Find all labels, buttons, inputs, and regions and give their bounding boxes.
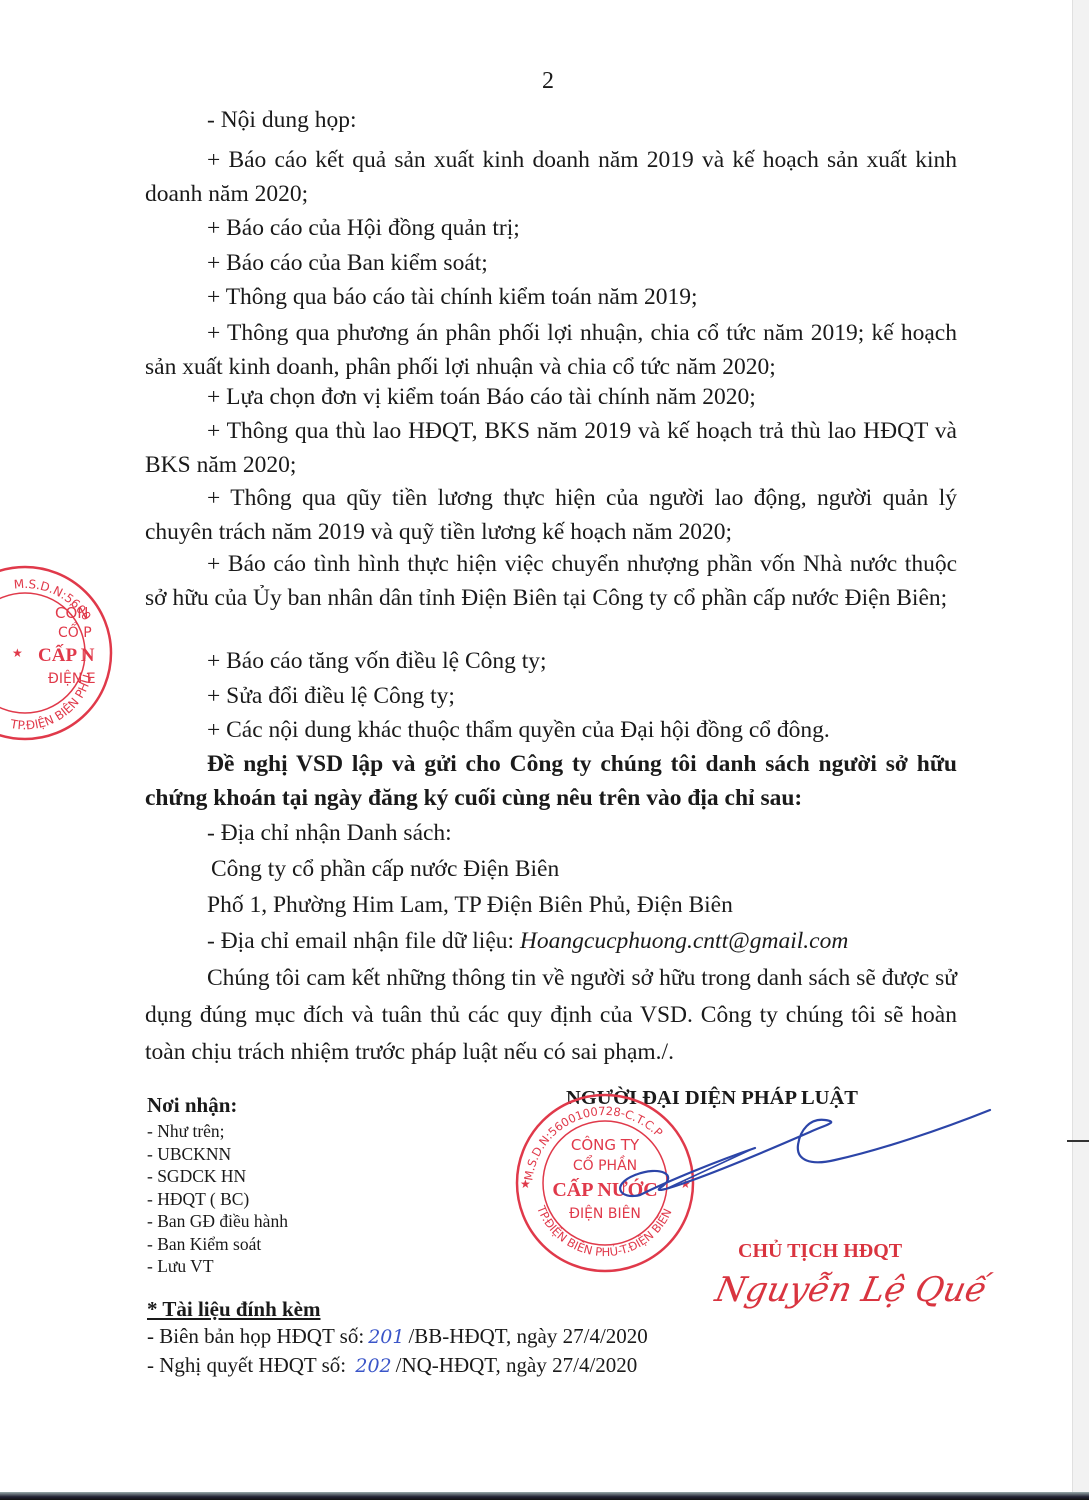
attachment-suffix: /BB-HĐQT, ngày 27/4/2020 [408, 1324, 647, 1348]
agenda-item: + Sửa đổi điều lệ Công ty; [207, 683, 455, 710]
vsd-request: Đề nghị VSD lập và gửi cho Công ty chúng… [145, 747, 957, 815]
recipient-item: - HĐQT ( BC) [147, 1188, 288, 1211]
agenda-item: + Thông qua phương án phân phối lợi nhuậ… [145, 316, 957, 384]
recipient-item: - Như trên; [147, 1120, 288, 1143]
recipient-item: - Ban Kiểm soát [147, 1233, 288, 1256]
recipients-block: Nơi nhận: - Như trên; - UBCKNN - SGDCK H… [147, 1093, 288, 1278]
page-number: 2 [0, 68, 1089, 95]
commitment-paragraph: Chúng tôi cam kết những thông tin về ngư… [145, 960, 957, 1071]
svg-text:CẤP N: CẤP N [38, 644, 95, 666]
agenda-item: + Báo cáo kết quả sản xuất kinh doanh nă… [145, 143, 957, 211]
signature [560, 1100, 1000, 1215]
scan-edge-mark [1067, 1140, 1089, 1142]
attachment-item: - Nghị quyết HĐQT số: 202/NQ-HĐQT, ngày … [147, 1351, 648, 1380]
svg-text:★: ★ [12, 646, 23, 660]
agenda-item: + Lựa chọn đơn vị kiểm toán Báo cáo tài … [207, 384, 756, 411]
svg-text:★: ★ [520, 1177, 531, 1191]
meeting-content-label: - Nội dung họp: [207, 107, 356, 134]
recipient-item: - UBCKNN [147, 1143, 288, 1166]
recipient-item: - SGDCK HN [147, 1165, 288, 1188]
partial-company-seal: M.S.D.N:5600 TP.ĐIỆN BIÊN PHÚ· ★ CÔN CỔ … [0, 563, 120, 743]
agenda-item: + Thông qua báo cáo tài chính kiểm toán … [207, 284, 698, 311]
agenda-item: + Báo cáo của Ban kiểm soát; [207, 250, 488, 277]
company-address: Phố 1, Phường Him Lam, TP Điện Biên Phủ,… [207, 892, 733, 919]
recipient-item: - Lưu VT [147, 1255, 288, 1278]
recipient-item: - Ban GĐ điều hành [147, 1210, 288, 1233]
scan-bottom-border [0, 1492, 1089, 1500]
email-label: - Địa chỉ email nhận file dữ liệu: [207, 928, 520, 954]
svg-text:ĐIỆN E: ĐIỆN E [48, 669, 96, 687]
chairman-title: CHỦ TỊCH HĐQT [738, 1240, 902, 1263]
handwritten-number: 202 [351, 1355, 395, 1377]
handwritten-number: 201 [364, 1326, 408, 1348]
scan-page-edge [1072, 0, 1089, 1500]
attachment-prefix: - Nghị quyết HĐQT số: [147, 1353, 351, 1377]
attachments-title: * Tài liệu đính kèm [147, 1297, 648, 1322]
agenda-item: + Các nội dung khác thuộc thẩm quyền của… [207, 717, 830, 744]
address-label: - Địa chỉ nhận Danh sách: [207, 820, 452, 847]
agenda-item: + Báo cáo tăng vốn điều lệ Công ty; [207, 648, 547, 675]
company-name: Công ty cổ phần cấp nước Điện Biên [211, 856, 559, 883]
agenda-item: + Báo cáo tình hình thực hiện việc chuyể… [145, 547, 957, 615]
agenda-item: + Thông qua qũy tiền lương thực hiện của… [145, 481, 957, 549]
attachment-prefix: - Biên bản họp HĐQT số: [147, 1324, 364, 1348]
chairman-name: Nguyễn Lệ Quế [712, 1270, 991, 1310]
attachment-suffix: /NQ-HĐQT, ngày 27/4/2020 [396, 1353, 638, 1377]
agenda-item: + Thông qua thù lao HĐQT, BKS năm 2019 v… [145, 414, 957, 482]
svg-text:CỔ P: CỔ P [58, 622, 92, 641]
agenda-item: + Báo cáo của Hội đồng quản trị; [207, 215, 520, 242]
attachment-item: - Biên bản họp HĐQT số:201/BB-HĐQT, ngày… [147, 1322, 648, 1351]
email-address[interactable]: Hoangcucphuong.cntt@gmail.com [520, 928, 848, 954]
attachments-block: * Tài liệu đính kèm - Biên bản họp HĐQT … [147, 1297, 648, 1380]
email-line: - Địa chỉ email nhận file dữ liệu: Hoang… [207, 928, 848, 955]
recipients-title: Nơi nhận: [147, 1093, 288, 1118]
svg-text:CÔN: CÔN [55, 603, 89, 622]
